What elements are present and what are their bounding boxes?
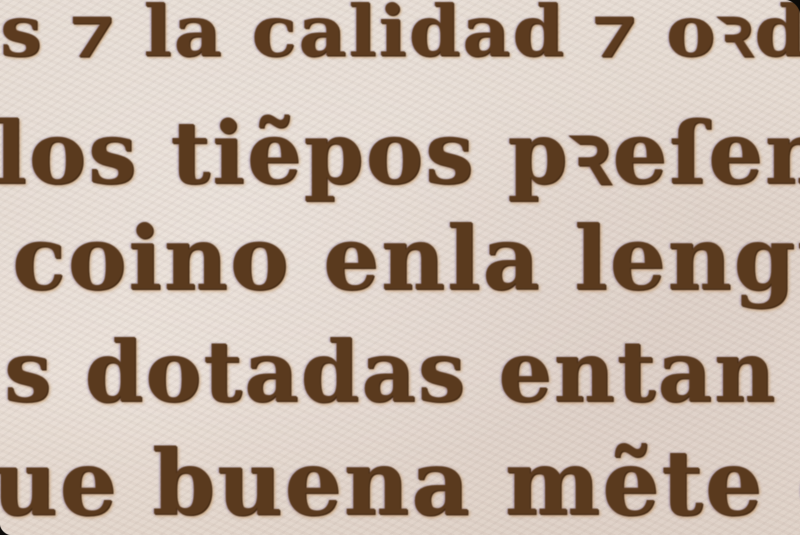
slide-corner-bottom-left: [0, 522, 13, 535]
manuscript-line-2: los tiẽpos pꝛeſente: [0, 92, 800, 209]
manuscript-line-4: s dotadas entan p: [4, 322, 800, 421]
manuscript-line-5: ue buena mẽte oyn: [0, 430, 800, 535]
manuscript-photo: s ⁊ la calidad ⁊ oꝛd los tiẽpos pꝛeſente…: [0, 0, 800, 535]
slide-corner-top-right: [783, 0, 800, 17]
manuscript-line-3: coino enla lengua: [12, 206, 800, 310]
manuscript-line-1: s ⁊ la calidad ⁊ oꝛd: [0, 0, 800, 76]
